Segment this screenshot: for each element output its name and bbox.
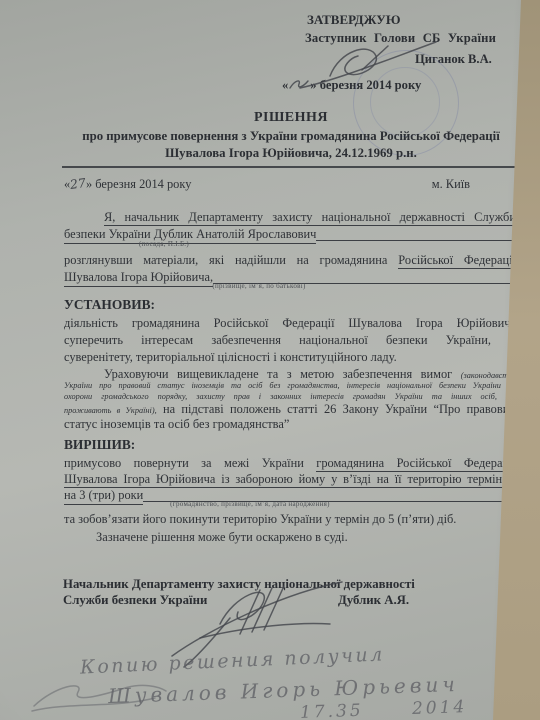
blank-underline (316, 240, 512, 241)
underlined-text: Російської Федерації (398, 253, 516, 269)
established-line-3: суверенітету, територіальної цілісності … (64, 349, 516, 366)
document-paper: ЗАТВЕРДЖУЮ Заступник Голови СБ України Ц… (0, 0, 540, 720)
plain-text: Ураховуючи вищевикладене та з метою забе… (104, 367, 452, 381)
decided-line-4: та зобов’язати його покинути територію У… (64, 511, 516, 528)
doc-type-title: РІШЕННЯ (64, 110, 518, 127)
doc-subject-line2: Шувалова Ігора Юрійовича, 24.12.1969 р.н… (64, 145, 518, 162)
small-italic-text: проживають в Україні), (64, 406, 157, 415)
approval-label: ЗАТВЕРДЖУЮ (307, 12, 400, 29)
field-caption-citizenship: (громадянство, прізвище, ім’я, дата наро… (64, 500, 436, 508)
signature-icon (292, 36, 442, 98)
plain-text: розглянувши матеріали, які надійшли на г… (64, 253, 387, 267)
underlined-text: громадянина Російської Федерації (316, 456, 516, 472)
issue-date-text: » березня 2014 року (86, 177, 191, 191)
decided-line-2: Шувалова Ігора Юрійовича із забороною йо… (64, 471, 516, 488)
title-separator (62, 166, 517, 168)
plain-text: примусово повернути за межі України (64, 456, 304, 470)
field-caption-name: (прізвище, ім’я, по батькові) (64, 282, 454, 290)
field-caption-position: (посада, П.І.Б.) (64, 240, 264, 248)
appeal-note-line: Зазначене рішення може бути оскаржено в … (64, 529, 516, 546)
doc-subject-line1: про примусове повернення з України грома… (64, 128, 518, 145)
grounds-line-5: статус іноземців та осіб без громадянств… (64, 416, 516, 433)
intro-line-1: Я, начальник Департаменту захисту націон… (64, 209, 516, 226)
photo-frame: ЗАТВЕРДЖУЮ Заступник Голови СБ України Ц… (0, 0, 540, 720)
plain-text: на підставі положень статті 26 Закону Ук… (163, 402, 516, 416)
handwritten-day: 27 (69, 175, 87, 193)
decided-line-1: примусово повернути за межі України гром… (64, 455, 516, 472)
section-heading-established: УСТАНОВИВ: (64, 297, 155, 314)
issue-place: м. Київ (432, 176, 470, 192)
issue-date: «27» березня 2014 року (64, 176, 191, 192)
section-heading-decided: ВИРІШИВ: (64, 437, 135, 454)
issue-date-line: «27» березня 2014 року м. Київ (64, 176, 470, 193)
established-line-1: діяльність громадянина Російської Федера… (64, 315, 516, 332)
intro-line-3: розглянувши матеріали, які надійшли на г… (64, 252, 516, 269)
underlined-text: Шувалова Ігора Юрійовича із забороною йо… (64, 472, 516, 488)
established-line-2: суперечить інтересам забезпечення націон… (64, 332, 516, 349)
underlined-text: Я, начальник Департаменту захисту націон… (104, 210, 516, 226)
